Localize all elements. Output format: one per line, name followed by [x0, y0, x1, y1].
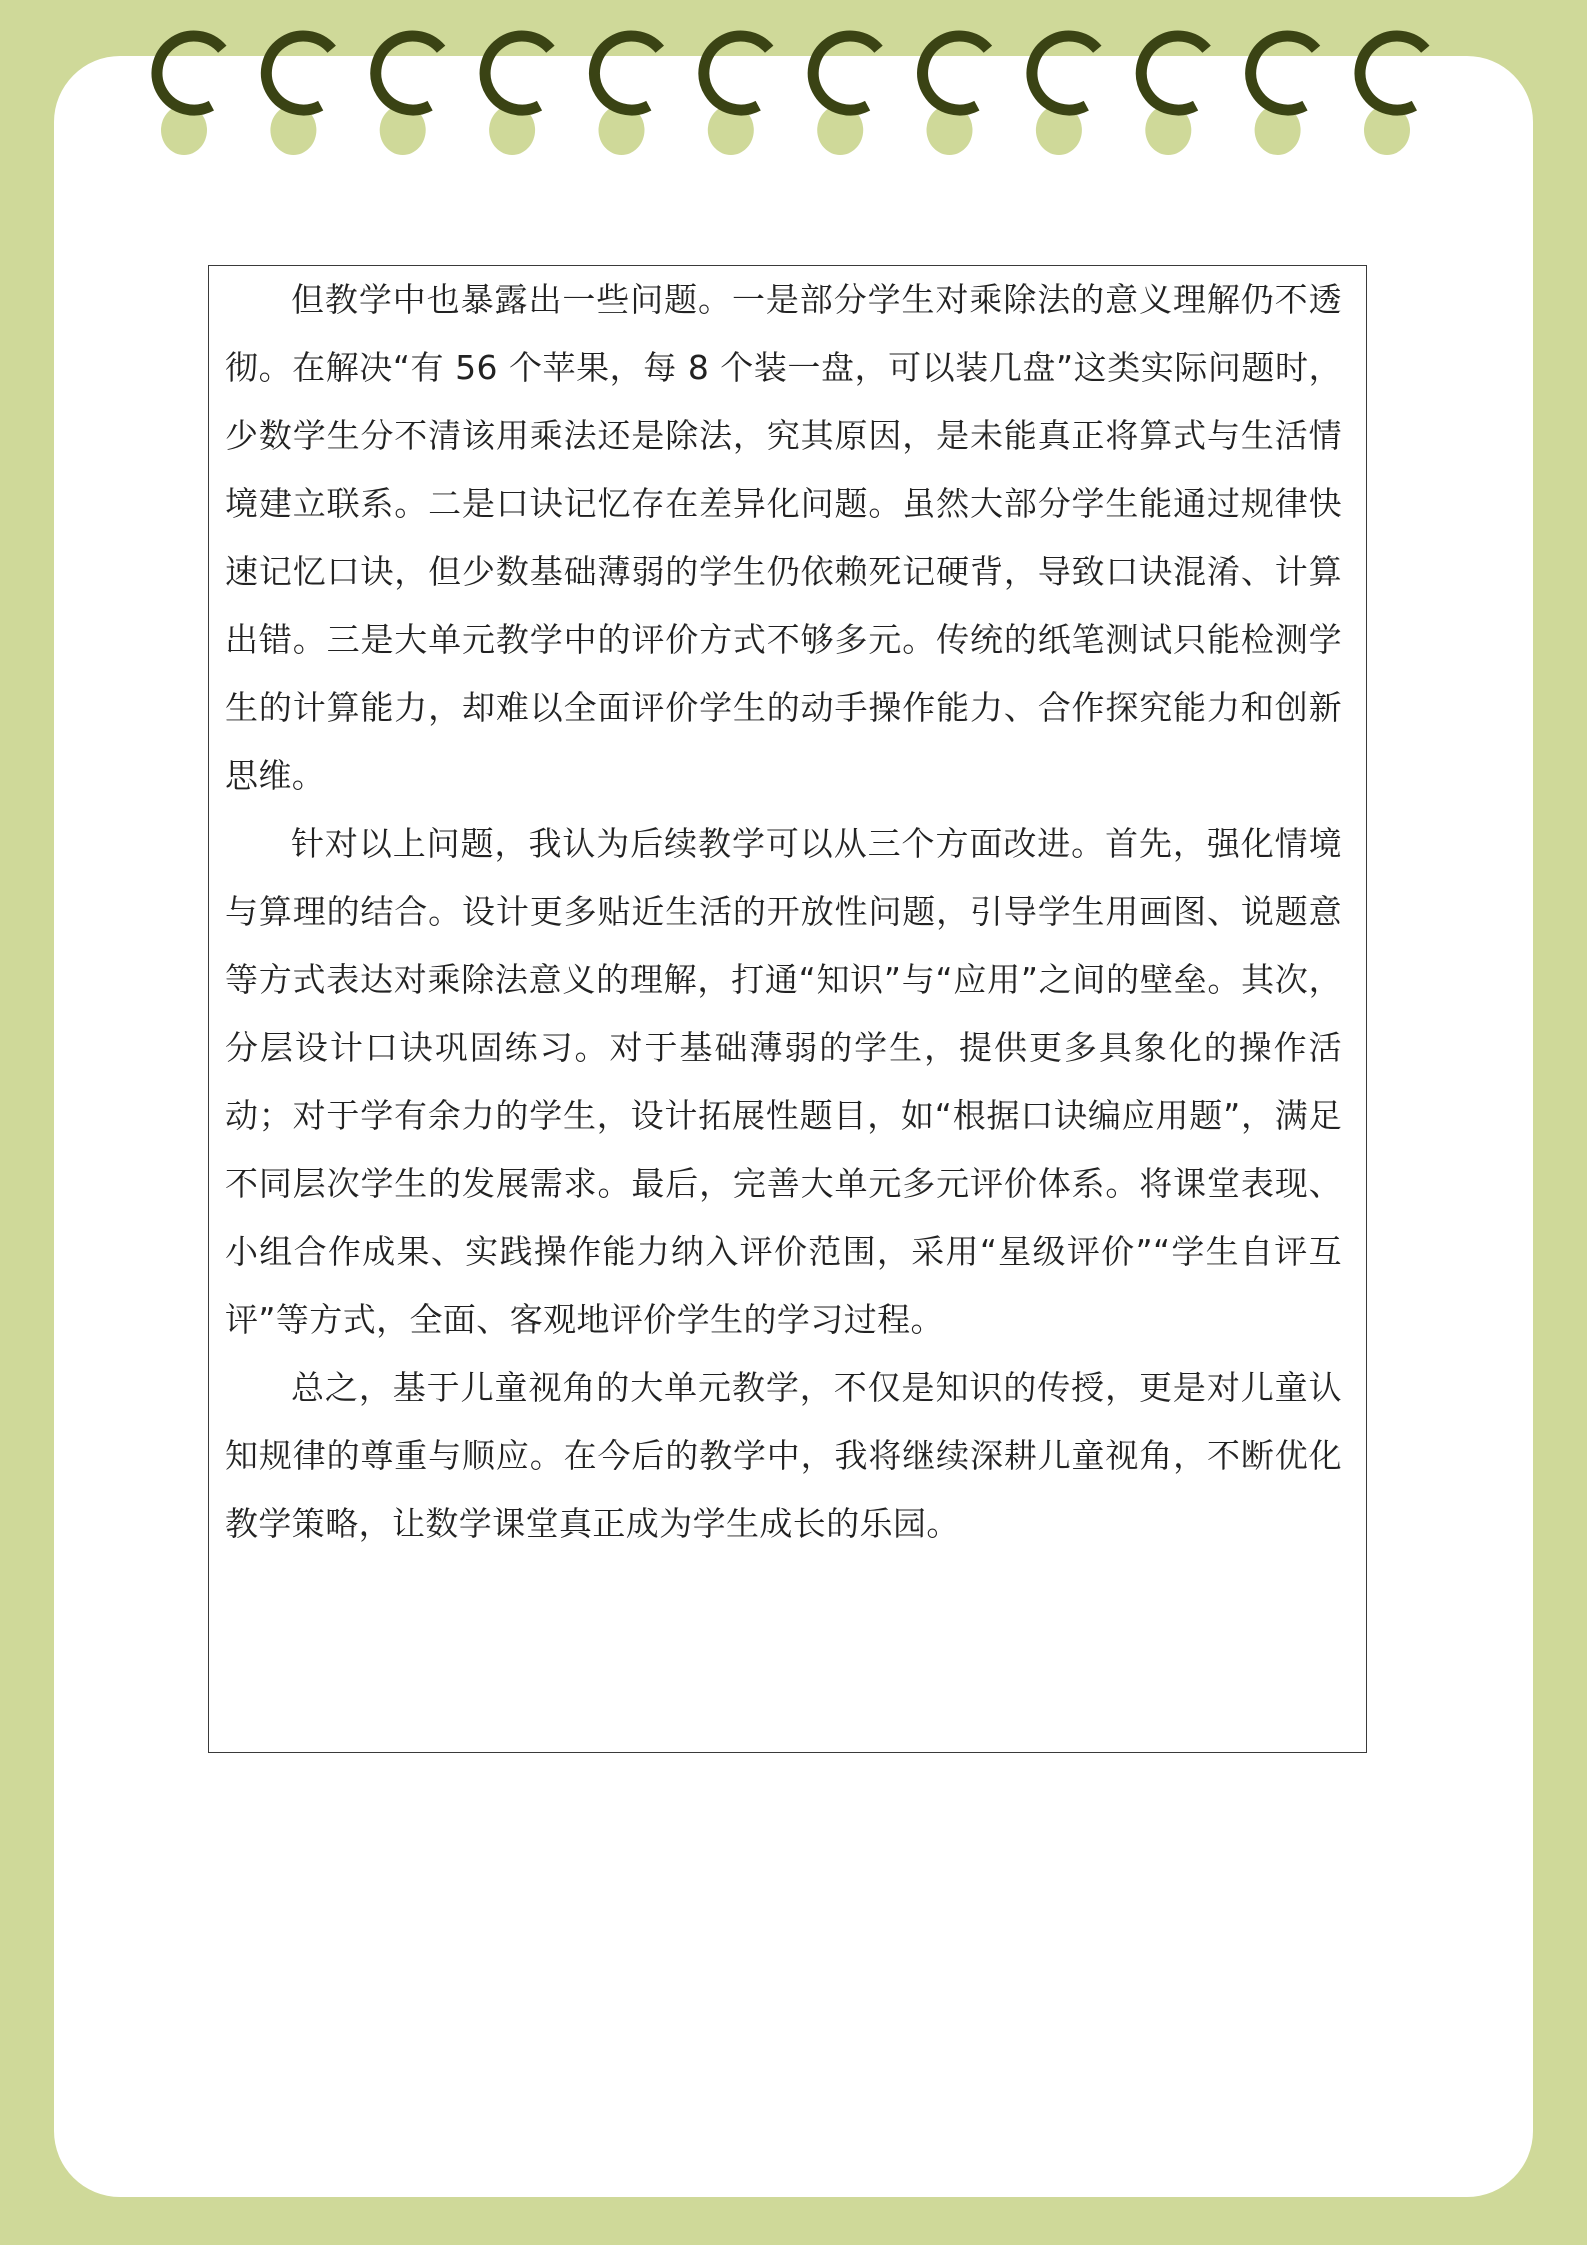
document-body: 但教学中也暴露出一些问题。一是部分学生对乘除法的意义理解仍不透彻。在解决“有 5…	[225, 266, 1342, 1558]
paragraph-problems: 但教学中也暴露出一些问题。一是部分学生对乘除法的意义理解仍不透彻。在解决“有 5…	[225, 266, 1342, 810]
text-box: 但教学中也暴露出一些问题。一是部分学生对乘除法的意义理解仍不透彻。在解决“有 5…	[208, 265, 1367, 1753]
paragraph-conclusion: 总之，基于儿童视角的大单元教学，不仅是知识的传授，更是对儿童认知规律的尊重与顺应…	[225, 1354, 1342, 1558]
paragraph-improvements: 针对以上问题，我认为后续教学可以从三个方面改进。首先，强化情境与算理的结合。设计…	[225, 810, 1342, 1354]
